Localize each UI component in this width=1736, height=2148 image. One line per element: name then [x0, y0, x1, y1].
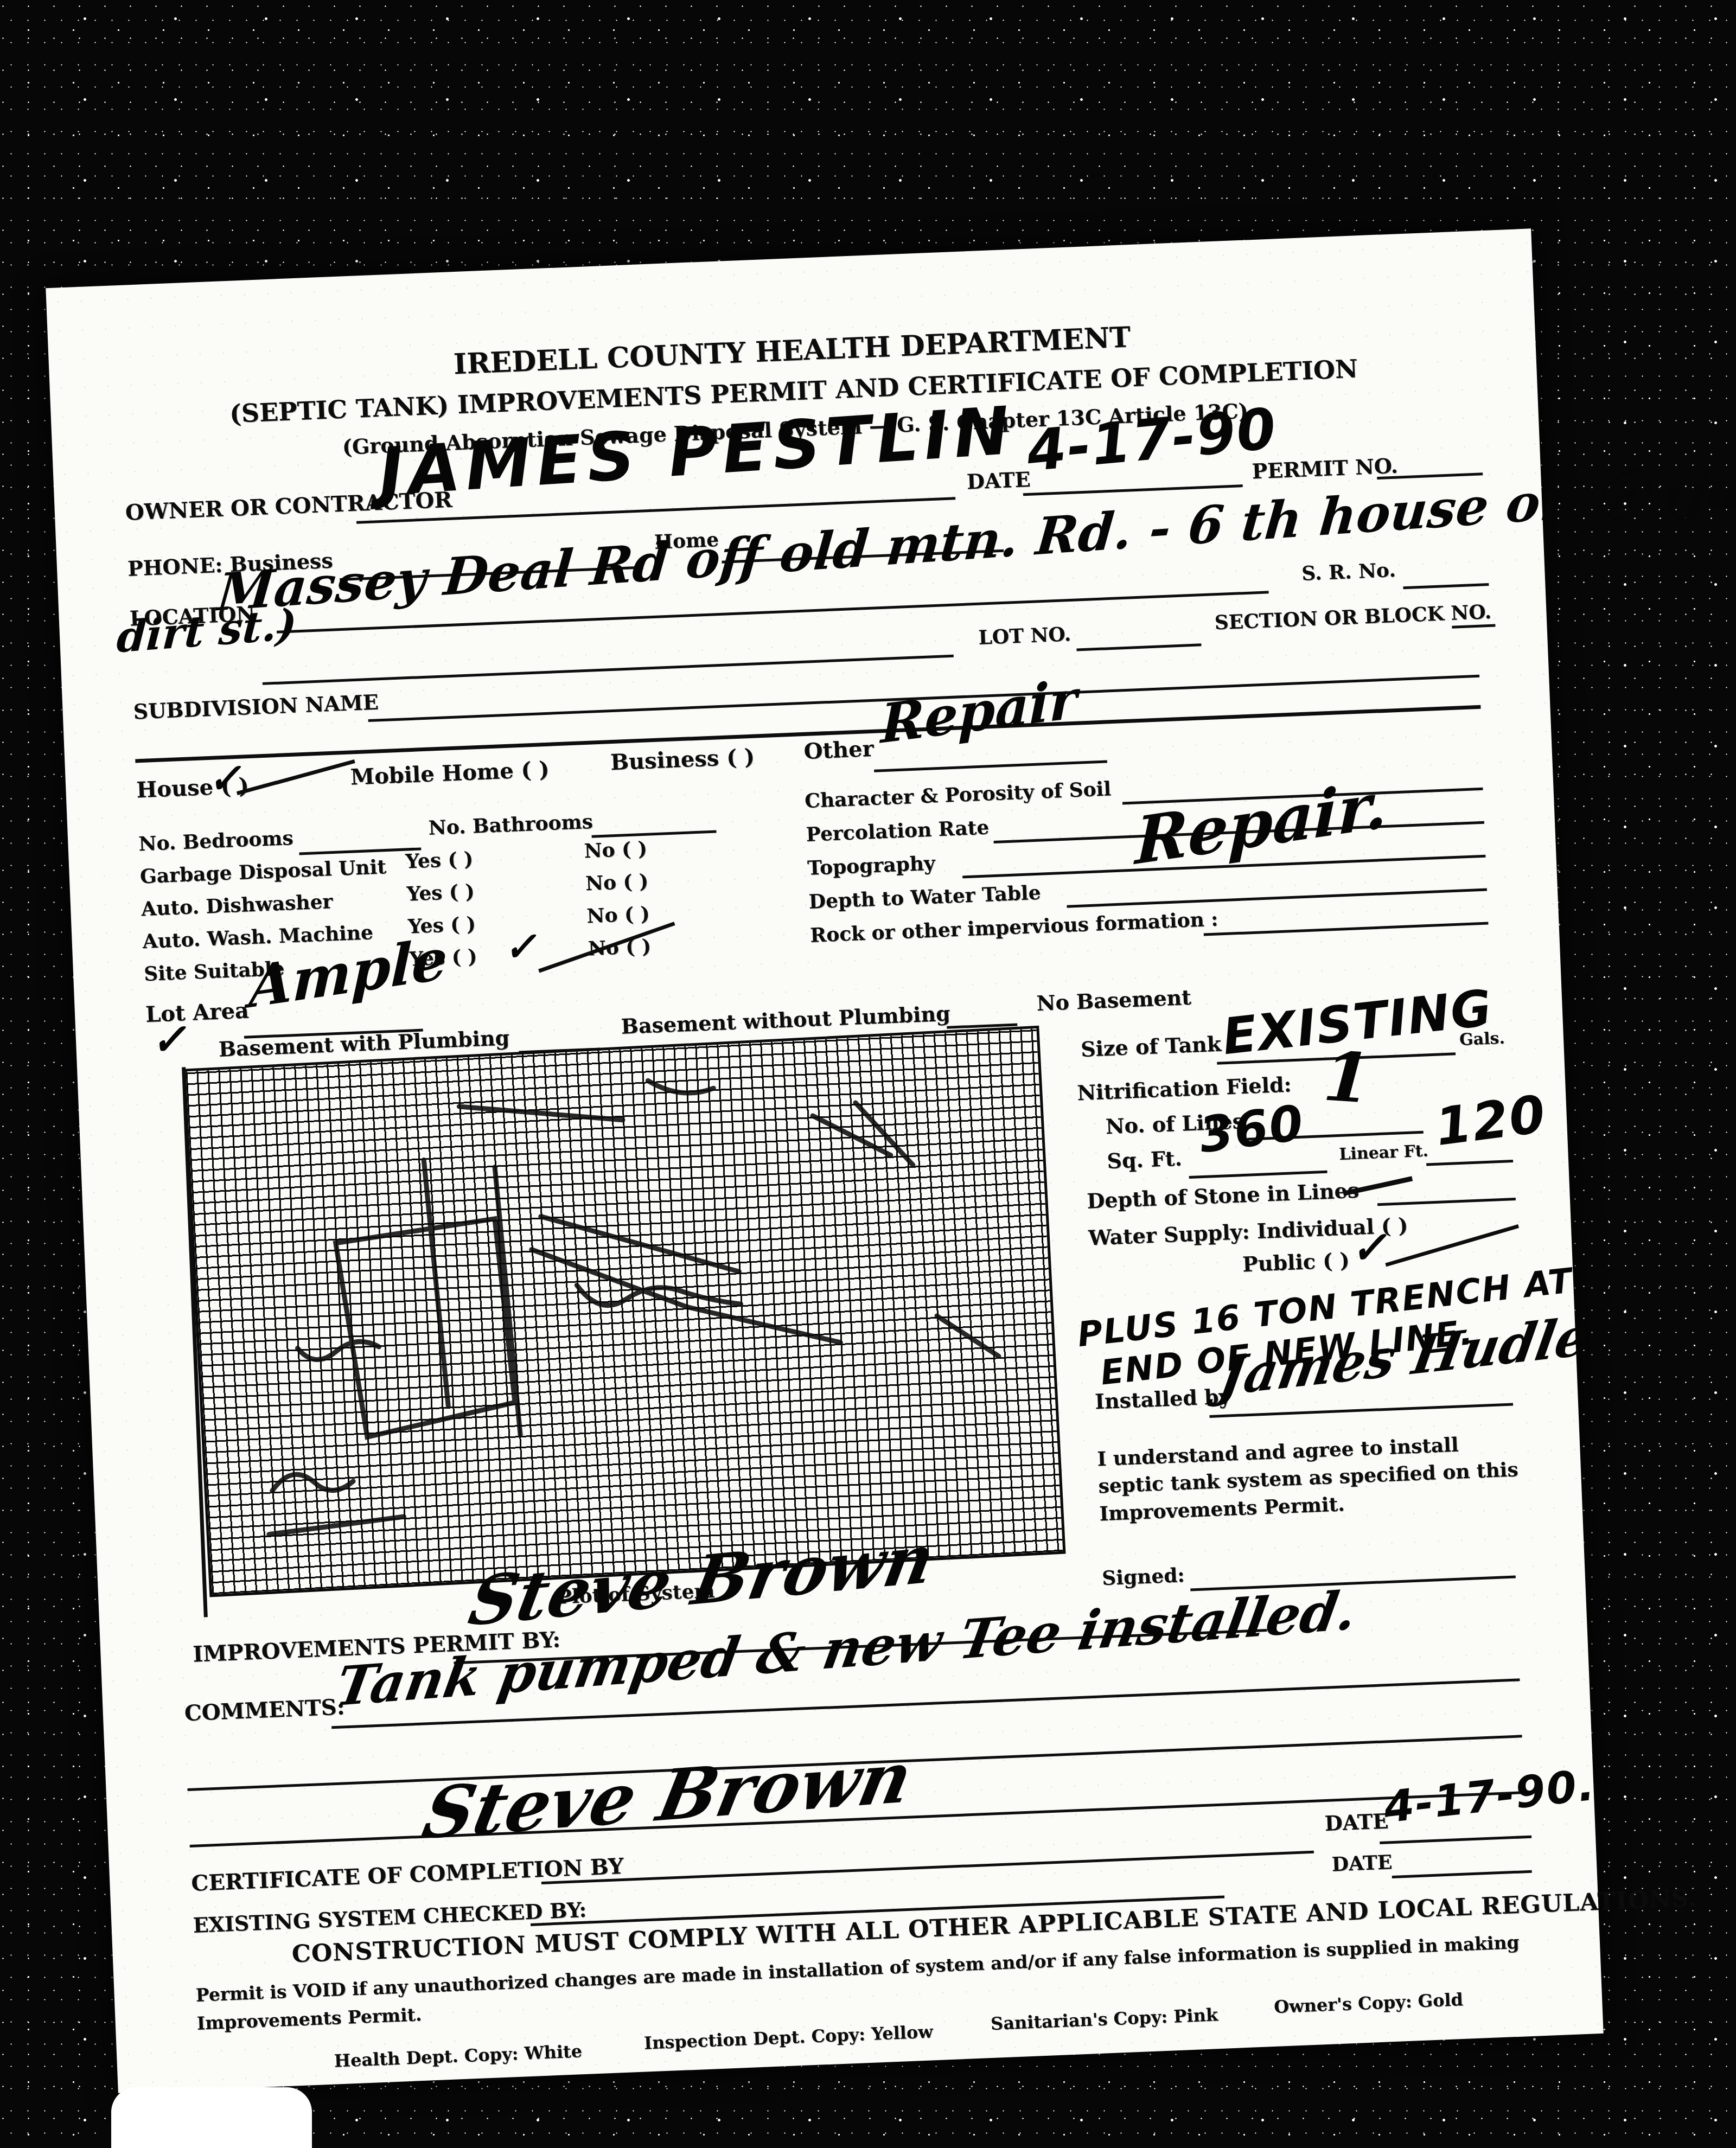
certificate-signature: Steve Brown [416, 1736, 919, 1856]
water-table-label: Depth to Water Table [808, 881, 1041, 913]
garbage-disposal-label: Garbage Disposal Unit [139, 855, 386, 888]
house-checkmark: ✓ [207, 755, 242, 803]
lot-no-label: LOT NO. [978, 623, 1071, 649]
ruled-line [874, 760, 1107, 772]
linear-ft-label: Linear Ft. [1339, 1141, 1429, 1164]
ruled-line [592, 830, 717, 838]
ruled-line [1426, 1160, 1513, 1166]
business-checkbox-label: Business ( ) [610, 744, 755, 776]
sqft-label: Sq. Ft. [1107, 1146, 1183, 1174]
certificate-date-value: 4-17-90. [1381, 1760, 1598, 1833]
dishwasher-label: Auto. Dishwasher [141, 890, 334, 920]
subdivision-label: SUBDIVISION NAME [133, 689, 379, 724]
copy-sanitarian: Sanitarian's Copy: Pink [990, 2004, 1218, 2034]
permit-form-page: IREDELL COUNTY HEALTH DEPARTMENT (SEPTIC… [46, 228, 1603, 2093]
ruled-line [299, 847, 421, 855]
paper-tab [111, 2087, 312, 2148]
no-basement-label: No Basement [1036, 985, 1192, 1015]
sr-no-label: S. R. No. [1301, 559, 1396, 585]
impervious-label: Rock or other impervious formation : [809, 908, 1218, 947]
mobile-home-checkbox-label: Mobile Home ( ) [350, 757, 550, 790]
signed-label: Signed: [1101, 1564, 1185, 1590]
void-statement-line2: Improvements Permit. [196, 2004, 422, 2034]
comments-label: COMMENTS: [184, 1694, 345, 1726]
pen-stroke [538, 922, 675, 973]
no-of-lines-handwritten-value: 1 [1321, 1037, 1373, 1119]
ruled-line [1403, 583, 1489, 589]
date-label: DATE [966, 467, 1031, 494]
stone-depth-label: Depth of Stone in Lines [1086, 1178, 1359, 1213]
site-suitable-no: No ( ) [588, 935, 652, 961]
installed-by-label: Installed by [1094, 1384, 1231, 1414]
water-public-label: Public ( ) [1242, 1248, 1350, 1276]
dishwasher-no: No ( ) [585, 870, 649, 896]
ruled-line [1067, 888, 1487, 908]
garbage-disposal-yes: Yes ( ) [405, 848, 473, 873]
ruled-line [1076, 643, 1201, 651]
section-block-label: SECTION OR BLOCK NO. [1214, 600, 1492, 634]
percolation-label: Percolation Rate [806, 816, 990, 846]
wash-machine-no: No ( ) [586, 903, 650, 928]
ruled-line [1377, 1198, 1516, 1206]
scanned-document: { "palette": {"ink": "#0c0c0c", "paper":… [0, 0, 1736, 2148]
copy-inspection-dept: Inspection Dept. Copy: Yellow [643, 2021, 933, 2053]
plot-sketch [186, 1028, 1063, 1594]
bathrooms-label: No. Bathrooms [428, 810, 593, 840]
linear-ft-handwritten-value: 120 [1432, 1084, 1550, 1158]
other-label: Other [803, 736, 875, 764]
ruled-line [1204, 922, 1489, 936]
ruled-line [1452, 624, 1495, 629]
garbage-disposal-no: No ( ) [584, 838, 648, 863]
agreement-text: I understand and agree to install septic… [1096, 1429, 1522, 1527]
tank-size-label: Size of Tank [1080, 1032, 1222, 1062]
ruled-line [1392, 1870, 1532, 1878]
other-handwritten-value: Repair [880, 668, 1077, 756]
sqft-handwritten-value: 360 [1196, 1094, 1307, 1164]
pen-stroke [237, 759, 355, 795]
plot-grid [183, 1026, 1065, 1597]
copy-owner: Owner's Copy: Gold [1274, 1989, 1464, 2017]
bedrooms-label: No. Bedrooms [138, 827, 294, 855]
ruled-line [1209, 1403, 1513, 1417]
ruled-line [1189, 1171, 1327, 1179]
gals-label: Gals. [1459, 1029, 1505, 1050]
certificate-completion-label: CERTIFICATE OF COMPLETION BY [191, 1853, 624, 1896]
ruled-line [541, 1851, 1314, 1884]
soil-porosity-label: Character & Porosity of Soil [805, 777, 1112, 813]
ruled-line [1380, 1836, 1531, 1844]
copy-health-dept: Health Dept. Copy: White [334, 2041, 583, 2071]
topography-label: Topography [807, 852, 935, 879]
basement-checkmark: ✓ [150, 1014, 187, 1065]
ruled-line [263, 655, 954, 685]
site-suitable-checkmark: ✓ [503, 923, 538, 970]
dishwasher-yes: Yes ( ) [406, 880, 475, 906]
certificate-date-label: DATE [1324, 1808, 1389, 1836]
existing-date-label: DATE [1331, 1851, 1393, 1876]
water-public-checkmark: ✓ [1349, 1222, 1388, 1274]
